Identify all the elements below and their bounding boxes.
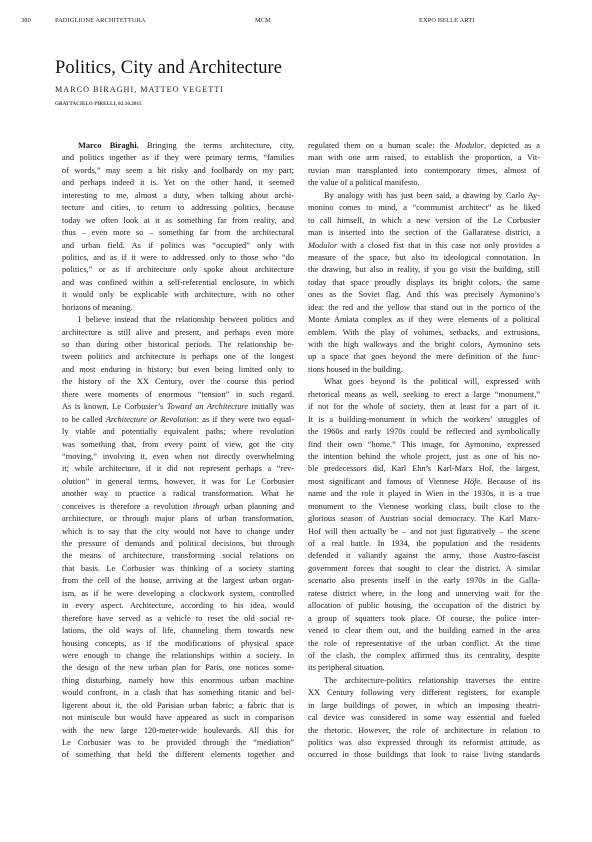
text-line: vened to clear them out, and the buildin…: [308, 625, 540, 637]
text-line: Le Corbusier was to be provided through …: [62, 737, 294, 749]
text-line: occurred in those buildings that look to…: [308, 749, 540, 761]
text-line: emblem. With the play of volumes, setbac…: [308, 327, 540, 339]
section-name: PADIGLIONE ARCHITETTURA: [55, 17, 146, 24]
text-line: defended it valiantly against the army, …: [308, 550, 540, 562]
text-line: man is inserted into the section of the …: [308, 227, 540, 239]
article-authors: MARCO BIRAGHI, MATTEO VEGETTI: [55, 85, 224, 94]
text-line: the design of the new urban plan for Par…: [62, 662, 294, 674]
text-line: ism, as if he were developing a clockwor…: [62, 588, 294, 600]
text-line: rhetorical means as well, seeking to ere…: [308, 389, 540, 401]
text-line: its peripheral situation.: [308, 662, 540, 674]
running-header: 380 PADIGLIONE ARCHITETTURA MCM EXPO BEL…: [0, 17, 592, 29]
text-line: with the new large 120-meter-wide boulev…: [62, 725, 294, 737]
text-column-right: regulated them on a human scale: the Mod…: [308, 140, 540, 762]
text-line: were enough to change the relationships …: [62, 650, 294, 662]
text-line: ble predecessors did, Karl Ehn’s Karl-Ma…: [308, 463, 540, 475]
speaker-name: Marco Biraghi.: [78, 141, 139, 150]
text-line: ones as the Soviet flag. And this was pr…: [308, 289, 540, 301]
text-line: that basis. Le Corbusier was thinking of…: [62, 563, 294, 575]
text-line: and was confined within a self-referenti…: [62, 277, 294, 289]
text-line: ligerent about it, the old Parisian urba…: [62, 700, 294, 712]
article-venue-date: GRATTACIELO PIRELLI, 02.10.2015: [55, 102, 142, 107]
text-line: measure of the space, but also its ideol…: [308, 252, 540, 264]
text-line: cal device was considered in some way es…: [308, 712, 540, 724]
text-line: so than during other historical periods.…: [62, 339, 294, 351]
text-line: What goes beyond is the political will, …: [308, 376, 540, 388]
text-line: ly viable and potentially equivalent pat…: [62, 426, 294, 438]
text-line: most significant and famous of Viennese …: [308, 476, 540, 488]
text-line: of the clash, the complex affirmed thus …: [308, 650, 540, 662]
text-line: conceives is therefore a revolution thro…: [62, 501, 294, 513]
text-line: it; while architecture, if it did not re…: [62, 463, 294, 475]
text-line: the means of architecture, transforming …: [62, 550, 294, 562]
page-number: 380: [21, 17, 31, 24]
text-line: today that space proudly displays its br…: [308, 277, 540, 289]
text-line: It is a building-monument in which the w…: [308, 414, 540, 426]
text-line: Hof will then actually be – and not just…: [308, 526, 540, 538]
text-line: politics, and as if it were to addressed…: [62, 252, 294, 264]
text-line: tions housed in the building.: [308, 364, 540, 376]
text-line: architecture is still alive and present,…: [62, 327, 294, 339]
text-line: government forces that sought to clear t…: [308, 563, 540, 575]
text-line: man with one arm raised, to establish th…: [308, 152, 540, 164]
italic-title: Architecture or Revolution: [106, 415, 197, 424]
text-line: scenario also presents itself in the ear…: [308, 575, 540, 587]
text-line: regulated them on a human scale: the Mod…: [308, 140, 540, 152]
text-line: and most enduring in history; but even b…: [62, 364, 294, 376]
text-line: another way to practice a radical transf…: [62, 488, 294, 500]
text-line: of a real battle. In 1934, the populatio…: [308, 538, 540, 550]
text-line: horizons of meaning.: [62, 302, 294, 314]
italic-title: through: [193, 502, 219, 511]
text-line: was something that, from every point of …: [62, 439, 294, 451]
text-line: not miniscule but would have appeared as…: [62, 712, 294, 724]
text-line: glorious season of Austrian social democ…: [308, 513, 540, 525]
text-line: The architecture-politics relationship t…: [308, 675, 540, 687]
text-line: the history of the XX Century, over the …: [62, 376, 294, 388]
text-line: the drawing, but also in reality, if you…: [308, 264, 540, 276]
text-line: Monte Amiata complex as if they were ele…: [308, 314, 540, 326]
text-line: therefore have served as a vehicle to re…: [62, 613, 294, 625]
text-line: the rhetoric. However, the role of archi…: [308, 725, 540, 737]
text-line: in large buildings of power, in which an…: [308, 700, 540, 712]
text-line: the intention behind the whole project, …: [308, 451, 540, 463]
text-line: the pressure of demands and political de…: [62, 538, 294, 550]
text-line: tecture and cities, to return to address…: [62, 202, 294, 214]
text-line: the 1960s and early 1970s could be refle…: [308, 426, 540, 438]
text-line: interesting to me, almost a duty, when t…: [62, 190, 294, 202]
text-line: find their own “home.” This image, for A…: [308, 439, 540, 451]
text-line: Modulor with a closed fist that in this …: [308, 240, 540, 252]
text-line: up a space that goes beyond the mere def…: [308, 351, 540, 363]
text-line: housing concepts, as if the modification…: [62, 638, 294, 650]
text-line: the role of representative of the urban …: [308, 638, 540, 650]
text-line: from the cell of the house, arriving at …: [62, 575, 294, 587]
text-line: it would only be explicable with archite…: [62, 289, 294, 301]
text-line: would confront, in a clash that has some…: [62, 687, 294, 699]
text-line: I believe instead that the relationship …: [62, 314, 294, 326]
article-title: Politics, City and Architecture: [55, 58, 282, 79]
text-line: olution” in general terms, however, it w…: [62, 476, 294, 488]
text-line: ruvian man transplanted into contemporar…: [308, 165, 540, 177]
italic-title: Modulor: [455, 141, 484, 150]
text-line: monino comes to mind, a “communist archi…: [308, 202, 540, 214]
text-line: of something that held the different ele…: [62, 749, 294, 761]
text-line: idea: the red and the yellow that stand …: [308, 302, 540, 314]
text-line: Marco Biraghi. Bringing the terms archit…: [62, 140, 294, 152]
text-line: there were moments of enormous “tension”…: [62, 389, 294, 401]
event-name: EXPO BELLE ARTI: [419, 17, 474, 24]
text-line: monument to the Viennese working class, …: [308, 501, 540, 513]
journal-name: MCM: [255, 17, 271, 24]
text-line: name and the role it played in Wien in t…: [308, 488, 540, 500]
italic-title: Toward an Architecture: [167, 402, 248, 411]
text-line: with the high walkways and the bright co…: [308, 339, 540, 351]
text-line: thing disturbing, namely how this enormo…: [62, 675, 294, 687]
text-line: ratese district where, in the long and u…: [308, 588, 540, 600]
text-line: and urban field. As if politics was “occ…: [62, 240, 294, 252]
text-line: allocation of public housing, the occupa…: [308, 600, 540, 612]
text-line: and politics together as if they were pr…: [62, 152, 294, 164]
text-line: XX Century following very different regi…: [308, 687, 540, 699]
text-line: tween politics and architecture is perha…: [62, 351, 294, 363]
text-line: to call himself, in which a new version …: [308, 215, 540, 227]
text-line: As is known, Le Corbusier’s Toward an Ar…: [62, 401, 294, 413]
text-line: a group of squatters took place. Of cour…: [308, 613, 540, 625]
text-line: the value of a political manifesto.: [308, 177, 540, 189]
text-line: By analogy with has just been said, a dr…: [308, 190, 540, 202]
text-line: which is to say that the city would not …: [62, 526, 294, 538]
text-line: “moving,” involving it, even when not di…: [62, 451, 294, 463]
text-line: lations, the old ways of life, channelin…: [62, 625, 294, 637]
text-line: politics was also expressed through its …: [308, 737, 540, 749]
text-line: and perhaps indeed it is. Yet on the oth…: [62, 177, 294, 189]
text-column-left: Marco Biraghi. Bringing the terms archit…: [62, 140, 294, 762]
italic-title: Modulor: [308, 241, 337, 250]
text-line: to be called Architecture or Revolution:…: [62, 414, 294, 426]
text-line: politics,” or as if architecture only sp…: [62, 264, 294, 276]
text-line: of words,” may seem a bit risky and fool…: [62, 165, 294, 177]
text-line: architecture, or through major plans of …: [62, 513, 294, 525]
text-line: if not for the whole of society, then at…: [308, 401, 540, 413]
text-line: today we often look at it as something f…: [62, 215, 294, 227]
text-line: in every aspect. Architecture, according…: [62, 600, 294, 612]
text-line: thus – even more so – something far from…: [62, 227, 294, 239]
italic-title: Höfe: [464, 477, 480, 486]
